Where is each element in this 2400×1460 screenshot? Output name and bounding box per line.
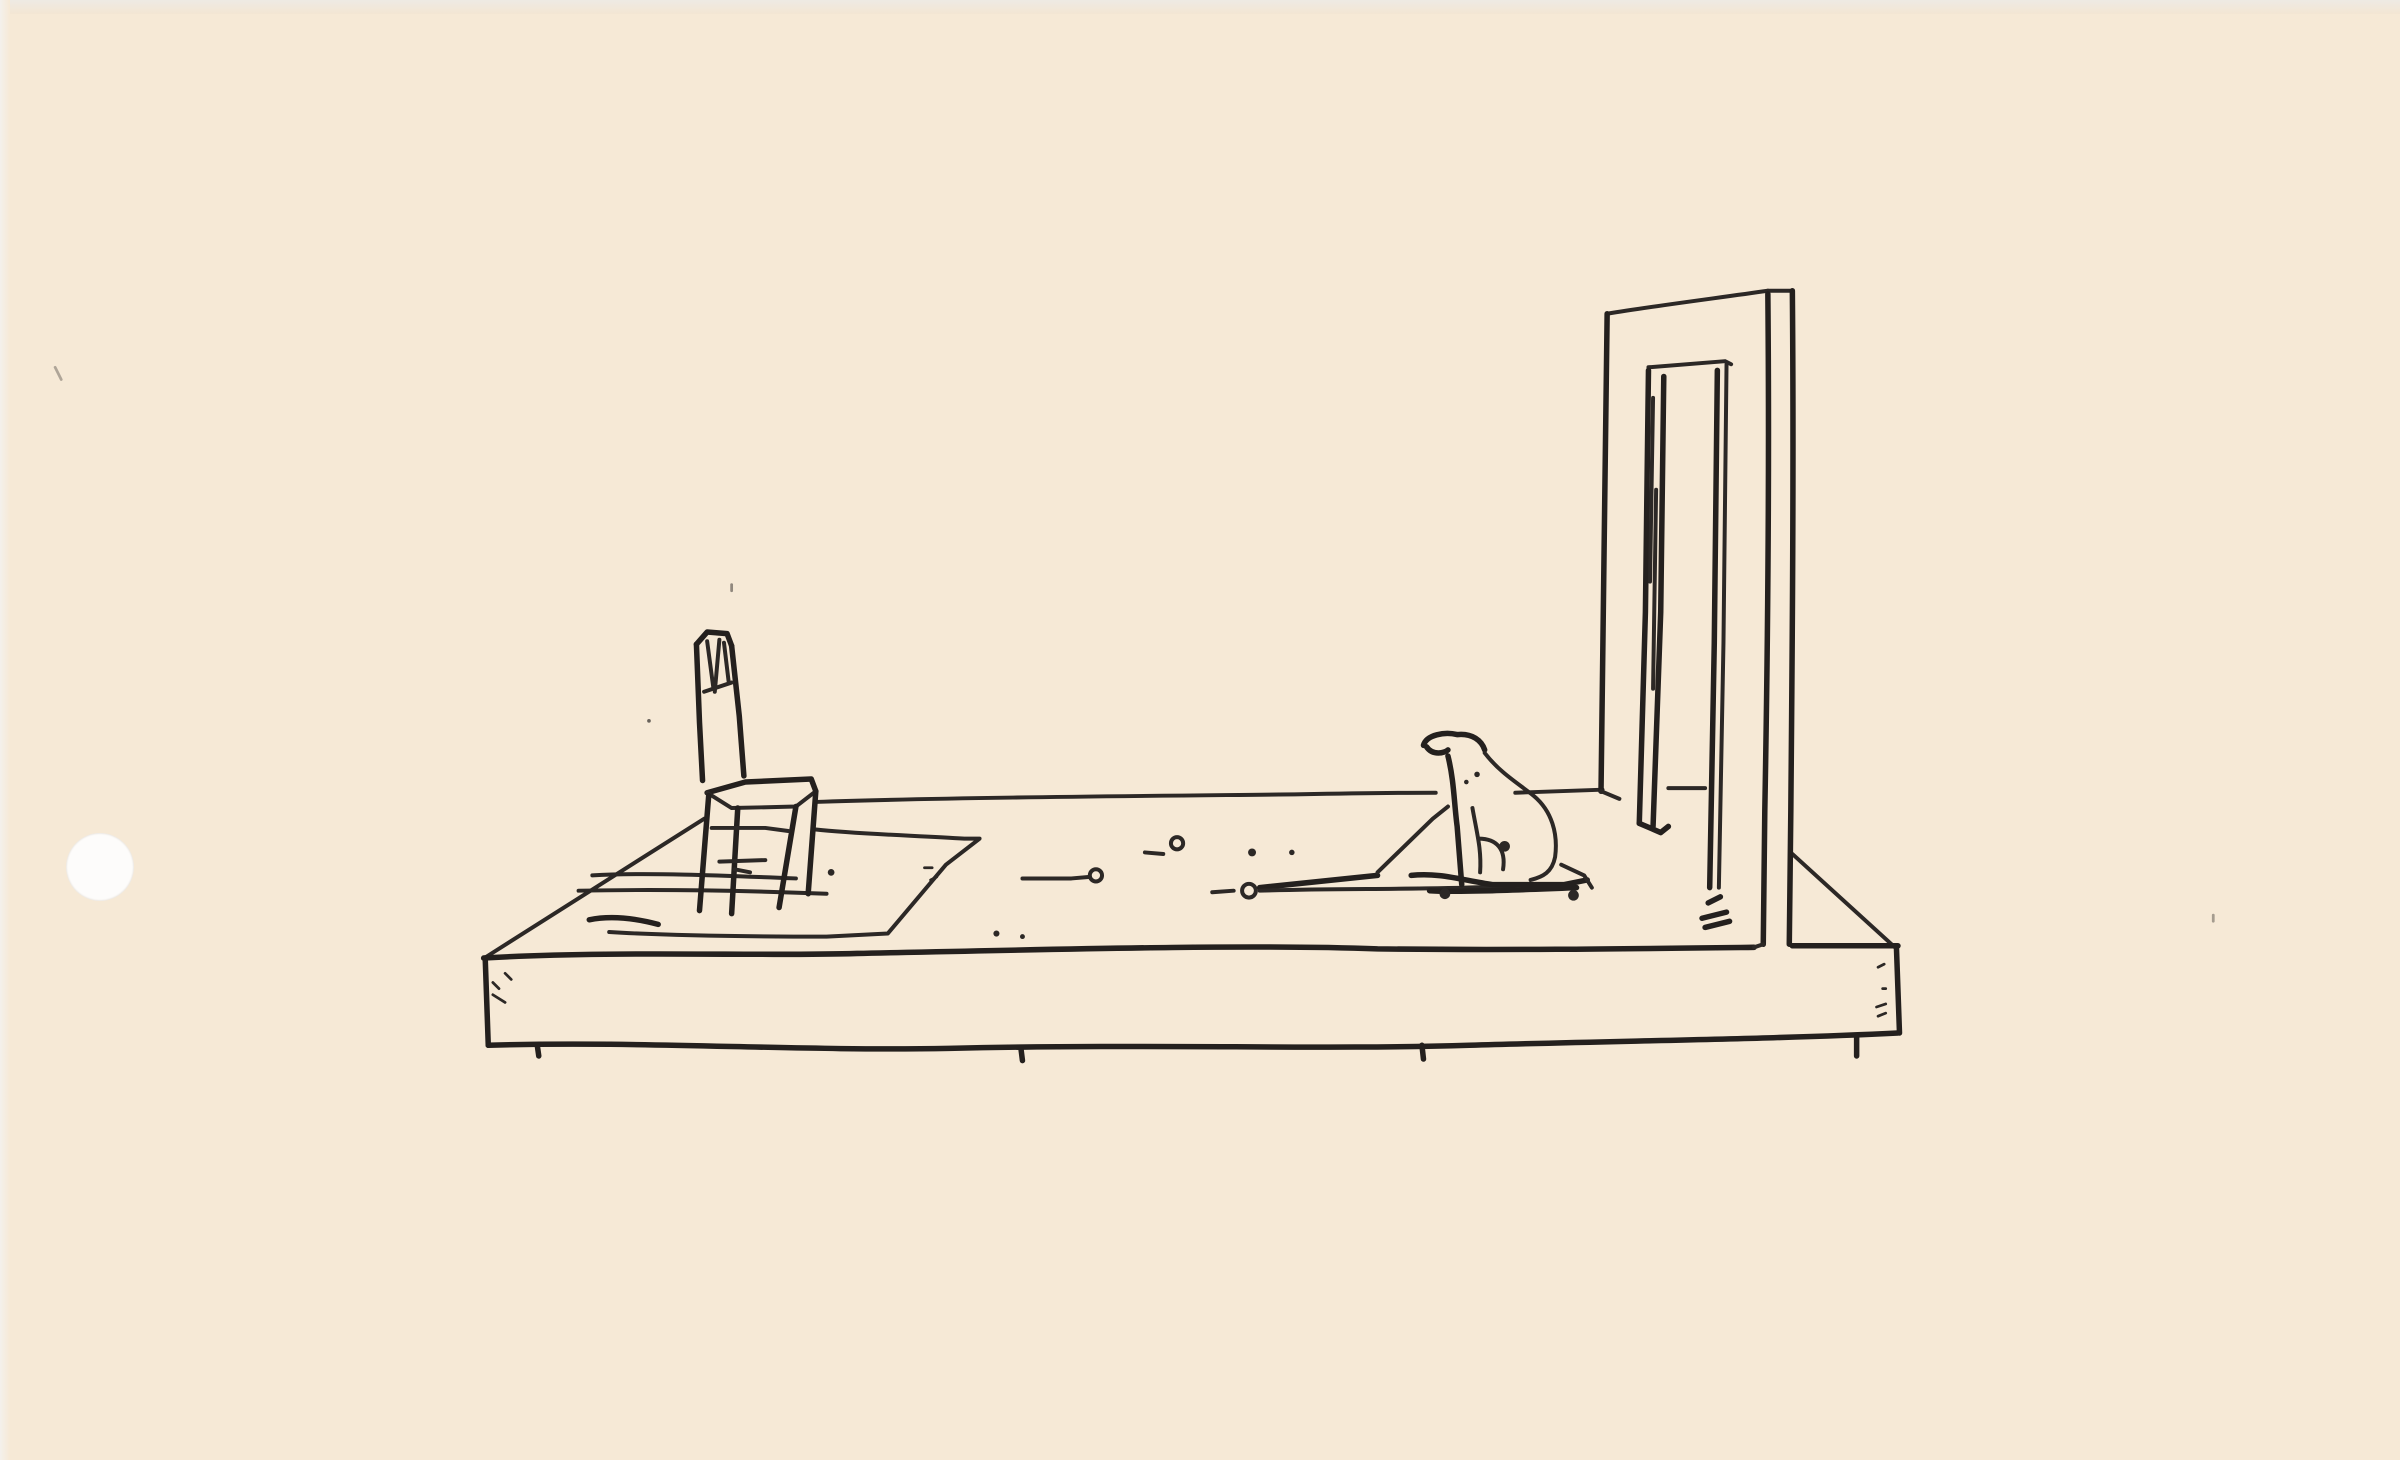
chair bbox=[696, 632, 815, 914]
floor-marks bbox=[828, 837, 1531, 939]
rug bbox=[579, 829, 980, 936]
dog bbox=[1378, 733, 1592, 900]
stage-platform bbox=[484, 790, 1900, 1061]
ink-drawing bbox=[0, 0, 2400, 1460]
door-frame bbox=[1601, 291, 1793, 948]
stray-marks bbox=[55, 367, 2213, 921]
paper-sheet: Stage set sketch bbox=[0, 0, 2400, 1460]
